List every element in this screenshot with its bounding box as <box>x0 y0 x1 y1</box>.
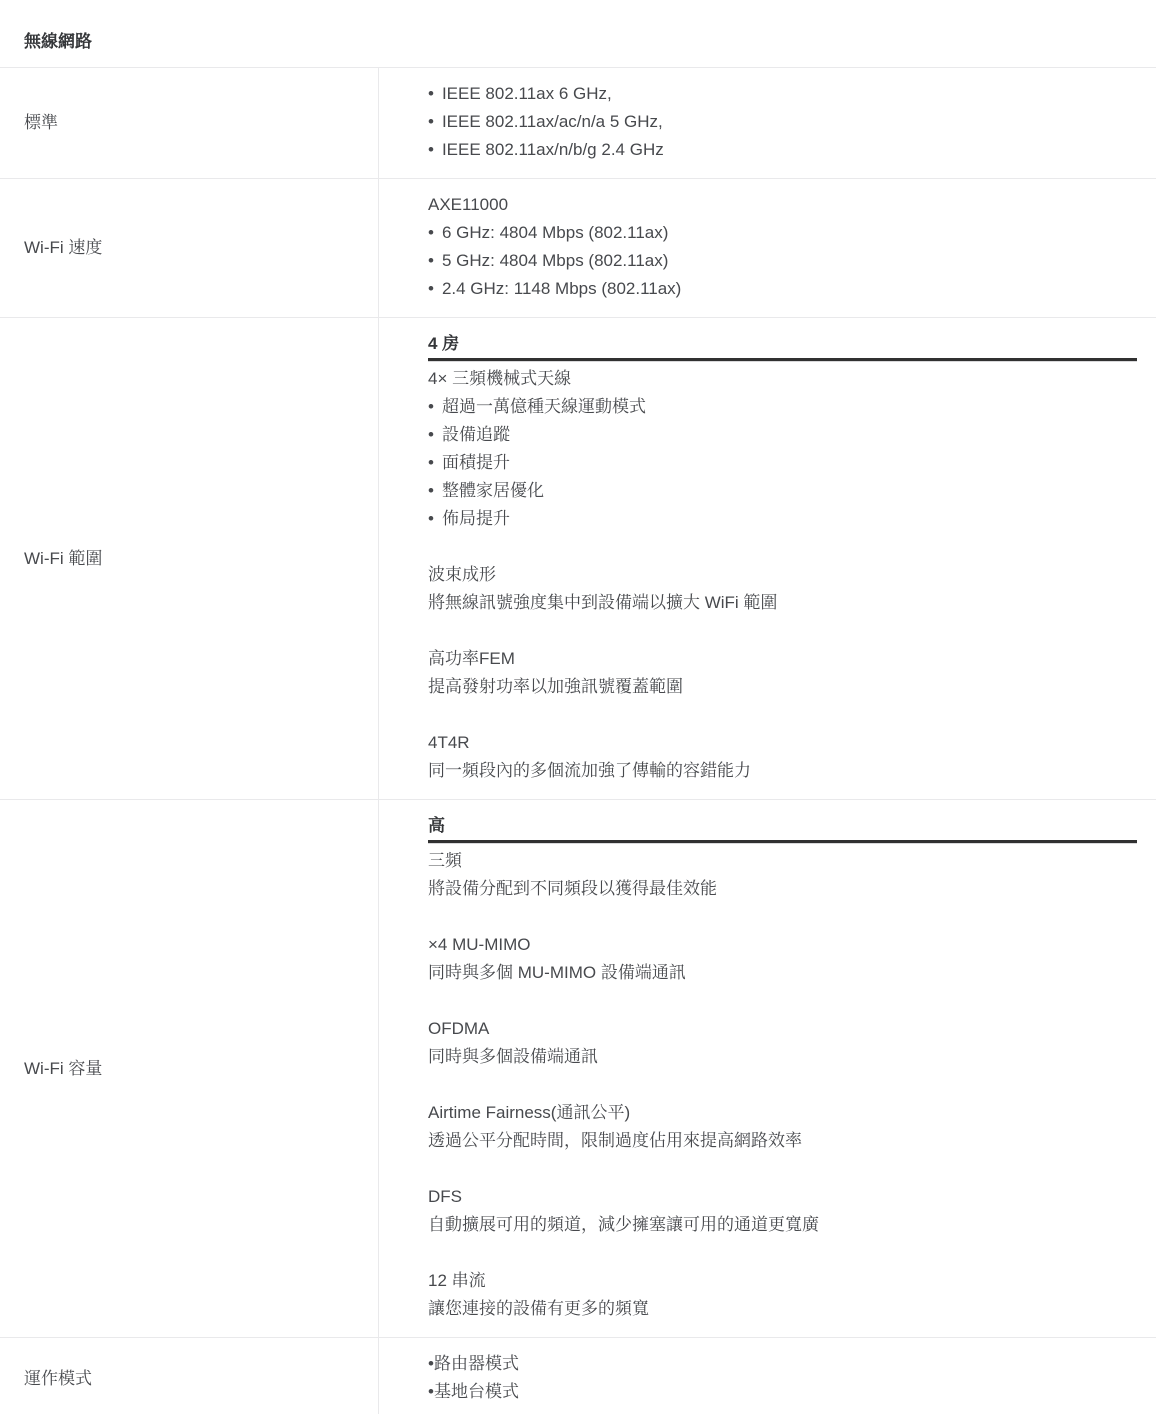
speed-item: 5 GHz: 4804 Mbps (802.11ax) <box>428 247 1137 275</box>
capacity-rating-heading: 高 <box>428 812 1137 843</box>
row-label-operation-mode: 運作模式 <box>0 1338 379 1414</box>
feature-4t4r: 4T4R 同一頻段內的多個流加強了傳輸的容錯能力 <box>428 729 1137 785</box>
feature-tri-band: 三頻 將設備分配到不同頻段以獲得最佳效能 <box>428 847 1137 903</box>
feature-desc: 同時與多個 MU-MIMO 設備端通訊 <box>428 959 1137 987</box>
feature-name: 波束成形 <box>428 561 1137 589</box>
feature-name: DFS <box>428 1183 1137 1211</box>
operation-mode-list: 路由器模式 基地台模式 <box>428 1350 1137 1406</box>
standards-item: IEEE 802.11ax/n/b/g 2.4 GHz <box>428 136 1137 164</box>
row-label-text: Wi-Fi 容量 <box>24 1055 102 1083</box>
row-value-wifi-range: 4 房 4× 三頻機械式天線 超過一萬億種天線運動模式 設備追蹤 面積提升 整體… <box>379 318 1156 799</box>
feature-dfs: DFS 自動擴展可用的頻道，減少擁塞讓可用的通道更寬廣 <box>428 1183 1137 1239</box>
row-label-text: Wi-Fi 範圍 <box>24 545 102 573</box>
row-value-wifi-capacity: 高 三頻 將設備分配到不同頻段以獲得最佳效能 ×4 MU-MIMO 同時與多個 … <box>379 800 1156 1337</box>
range-rating-heading: 4 房 <box>428 330 1137 361</box>
standards-list: IEEE 802.11ax 6 GHz, IEEE 802.11ax/ac/n/… <box>428 80 1137 164</box>
row-value-standards: IEEE 802.11ax 6 GHz, IEEE 802.11ax/ac/n/… <box>379 68 1156 178</box>
feature-airtime-fairness: Airtime Fairness(通訊公平) 透過公平分配時間，限制過度佔用來提… <box>428 1099 1137 1155</box>
spec-row-wifi-speed: Wi-Fi 速度 AXE11000 6 GHz: 4804 Mbps (802.… <box>0 179 1156 318</box>
spec-table: 標準 IEEE 802.11ax 6 GHz, IEEE 802.11ax/ac… <box>0 67 1156 1414</box>
row-label-standards: 標準 <box>0 68 379 178</box>
row-label-wifi-speed: Wi-Fi 速度 <box>0 179 379 317</box>
speed-list: 6 GHz: 4804 Mbps (802.11ax) 5 GHz: 4804 … <box>428 219 1137 303</box>
standards-item: IEEE 802.11ax 6 GHz, <box>428 80 1137 108</box>
feature-beamforming: 波束成形 將無線訊號強度集中到設備端以擴大 WiFi 範圍 <box>428 561 1137 617</box>
row-value-wifi-speed: AXE11000 6 GHz: 4804 Mbps (802.11ax) 5 G… <box>379 179 1156 317</box>
feature-desc: 透過公平分配時間，限制過度佔用來提高網路效率 <box>428 1127 1137 1155</box>
spec-row-wifi-capacity: Wi-Fi 容量 高 三頻 將設備分配到不同頻段以獲得最佳效能 ×4 MU-MI… <box>0 800 1156 1338</box>
antenna-feature-list: 超過一萬億種天線運動模式 設備追蹤 面積提升 整體家居優化 佈局提升 <box>428 393 1137 533</box>
feature-desc: 自動擴展可用的頻道，減少擁塞讓可用的通道更寬廣 <box>428 1211 1137 1239</box>
feature-name: Airtime Fairness(通訊公平) <box>428 1099 1137 1127</box>
feature-ofdma: OFDMA 同時與多個設備端通訊 <box>428 1015 1137 1071</box>
antenna-title: 4× 三頻機械式天線 <box>428 365 1137 393</box>
operation-mode-item: 路由器模式 <box>428 1350 1137 1378</box>
antenna-feature-item: 面積提升 <box>428 449 1137 477</box>
feature-high-power-fem: 高功率FEM 提高發射功率以加強訊號覆蓋範圍 <box>428 645 1137 701</box>
feature-name: 12 串流 <box>428 1267 1137 1295</box>
row-label-text: 標準 <box>24 109 58 137</box>
standards-item: IEEE 802.11ax/ac/n/a 5 GHz, <box>428 108 1137 136</box>
row-label-wifi-capacity: Wi-Fi 容量 <box>0 800 379 1337</box>
feature-12-streams: 12 串流 讓您連接的設備有更多的頻寬 <box>428 1267 1137 1323</box>
row-label-text: 運作模式 <box>24 1365 92 1393</box>
feature-desc: 同一頻段內的多個流加強了傳輸的容錯能力 <box>428 757 1137 785</box>
section-title: 無線網路 <box>0 0 1156 67</box>
feature-desc: 將無線訊號強度集中到設備端以擴大 WiFi 範圍 <box>428 589 1137 617</box>
antenna-feature-item: 設備追蹤 <box>428 421 1137 449</box>
antenna-feature-item: 整體家居優化 <box>428 477 1137 505</box>
antenna-feature-item: 佈局提升 <box>428 505 1137 533</box>
feature-name: 高功率FEM <box>428 645 1137 673</box>
feature-desc: 同時與多個設備端通訊 <box>428 1043 1137 1071</box>
row-label-wifi-range: Wi-Fi 範圍 <box>0 318 379 799</box>
feature-desc: 讓您連接的設備有更多的頻寬 <box>428 1295 1137 1323</box>
feature-desc: 提高發射功率以加強訊號覆蓋範圍 <box>428 673 1137 701</box>
feature-name: ×4 MU-MIMO <box>428 931 1137 959</box>
antenna-feature-item: 超過一萬億種天線運動模式 <box>428 393 1137 421</box>
feature-mu-mimo: ×4 MU-MIMO 同時與多個 MU-MIMO 設備端通訊 <box>428 931 1137 987</box>
speed-item: 2.4 GHz: 1148 Mbps (802.11ax) <box>428 275 1137 303</box>
feature-desc: 將設備分配到不同頻段以獲得最佳效能 <box>428 875 1137 903</box>
spec-row-wifi-range: Wi-Fi 範圍 4 房 4× 三頻機械式天線 超過一萬億種天線運動模式 設備追… <box>0 318 1156 800</box>
feature-name: 三頻 <box>428 847 1137 875</box>
speed-class-name: AXE11000 <box>428 191 1137 219</box>
speed-item: 6 GHz: 4804 Mbps (802.11ax) <box>428 219 1137 247</box>
operation-mode-item: 基地台模式 <box>428 1378 1137 1406</box>
spec-row-operation-mode: 運作模式 路由器模式 基地台模式 <box>0 1338 1156 1414</box>
row-label-text: Wi-Fi 速度 <box>24 234 102 262</box>
feature-name: 4T4R <box>428 729 1137 757</box>
feature-name: OFDMA <box>428 1015 1137 1043</box>
wireless-spec-page: 無線網路 標準 IEEE 802.11ax 6 GHz, IEEE 802.11… <box>0 0 1156 1414</box>
row-value-operation-mode: 路由器模式 基地台模式 <box>379 1338 1156 1414</box>
spec-row-standards: 標準 IEEE 802.11ax 6 GHz, IEEE 802.11ax/ac… <box>0 68 1156 179</box>
